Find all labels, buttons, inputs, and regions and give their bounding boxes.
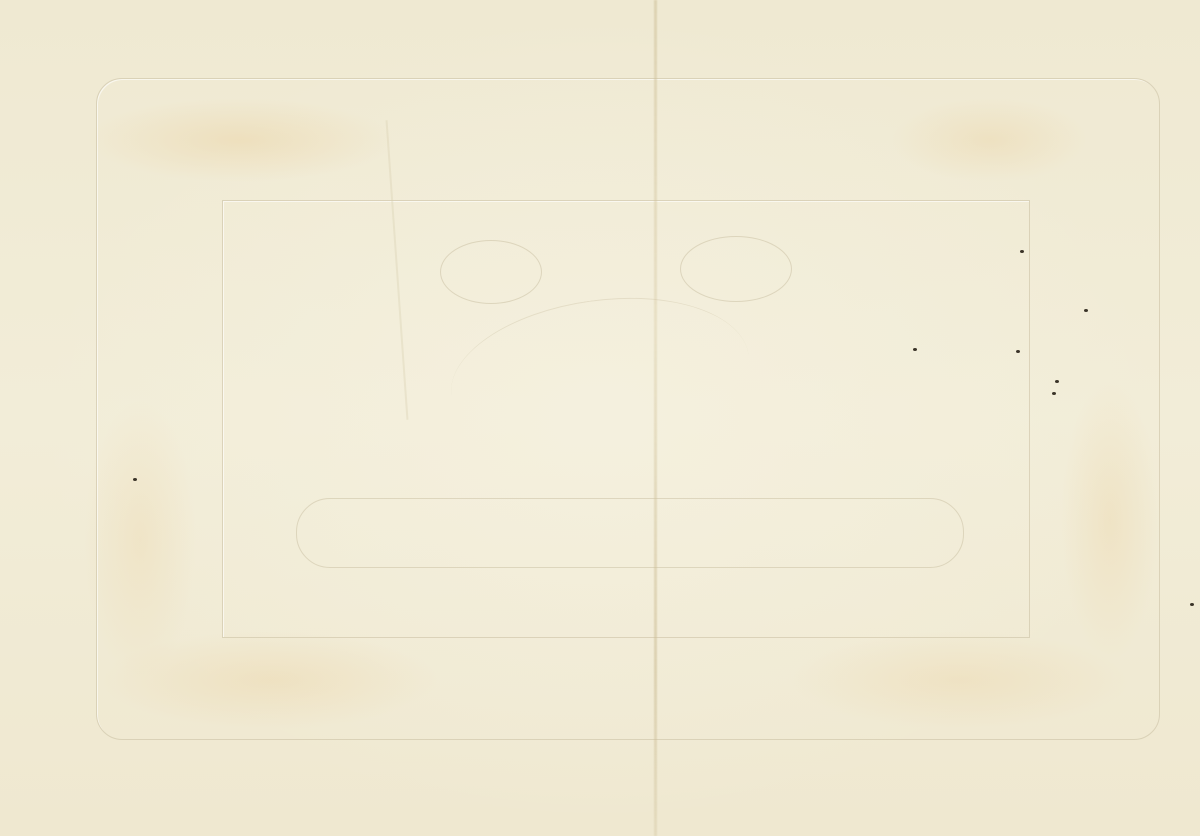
embossed-cartouche bbox=[296, 498, 964, 568]
ink-speck bbox=[1190, 603, 1194, 606]
ink-speck bbox=[1084, 309, 1088, 312]
ink-speck bbox=[913, 348, 917, 351]
embossed-seal-left bbox=[440, 240, 542, 304]
ink-speck bbox=[1055, 380, 1059, 383]
ink-speck bbox=[1016, 350, 1020, 353]
ink-speck bbox=[133, 478, 137, 481]
embossed-seal-right bbox=[680, 236, 792, 302]
ink-speck bbox=[1052, 392, 1056, 395]
center-fold-line bbox=[654, 0, 657, 836]
ink-speck bbox=[1020, 250, 1024, 253]
